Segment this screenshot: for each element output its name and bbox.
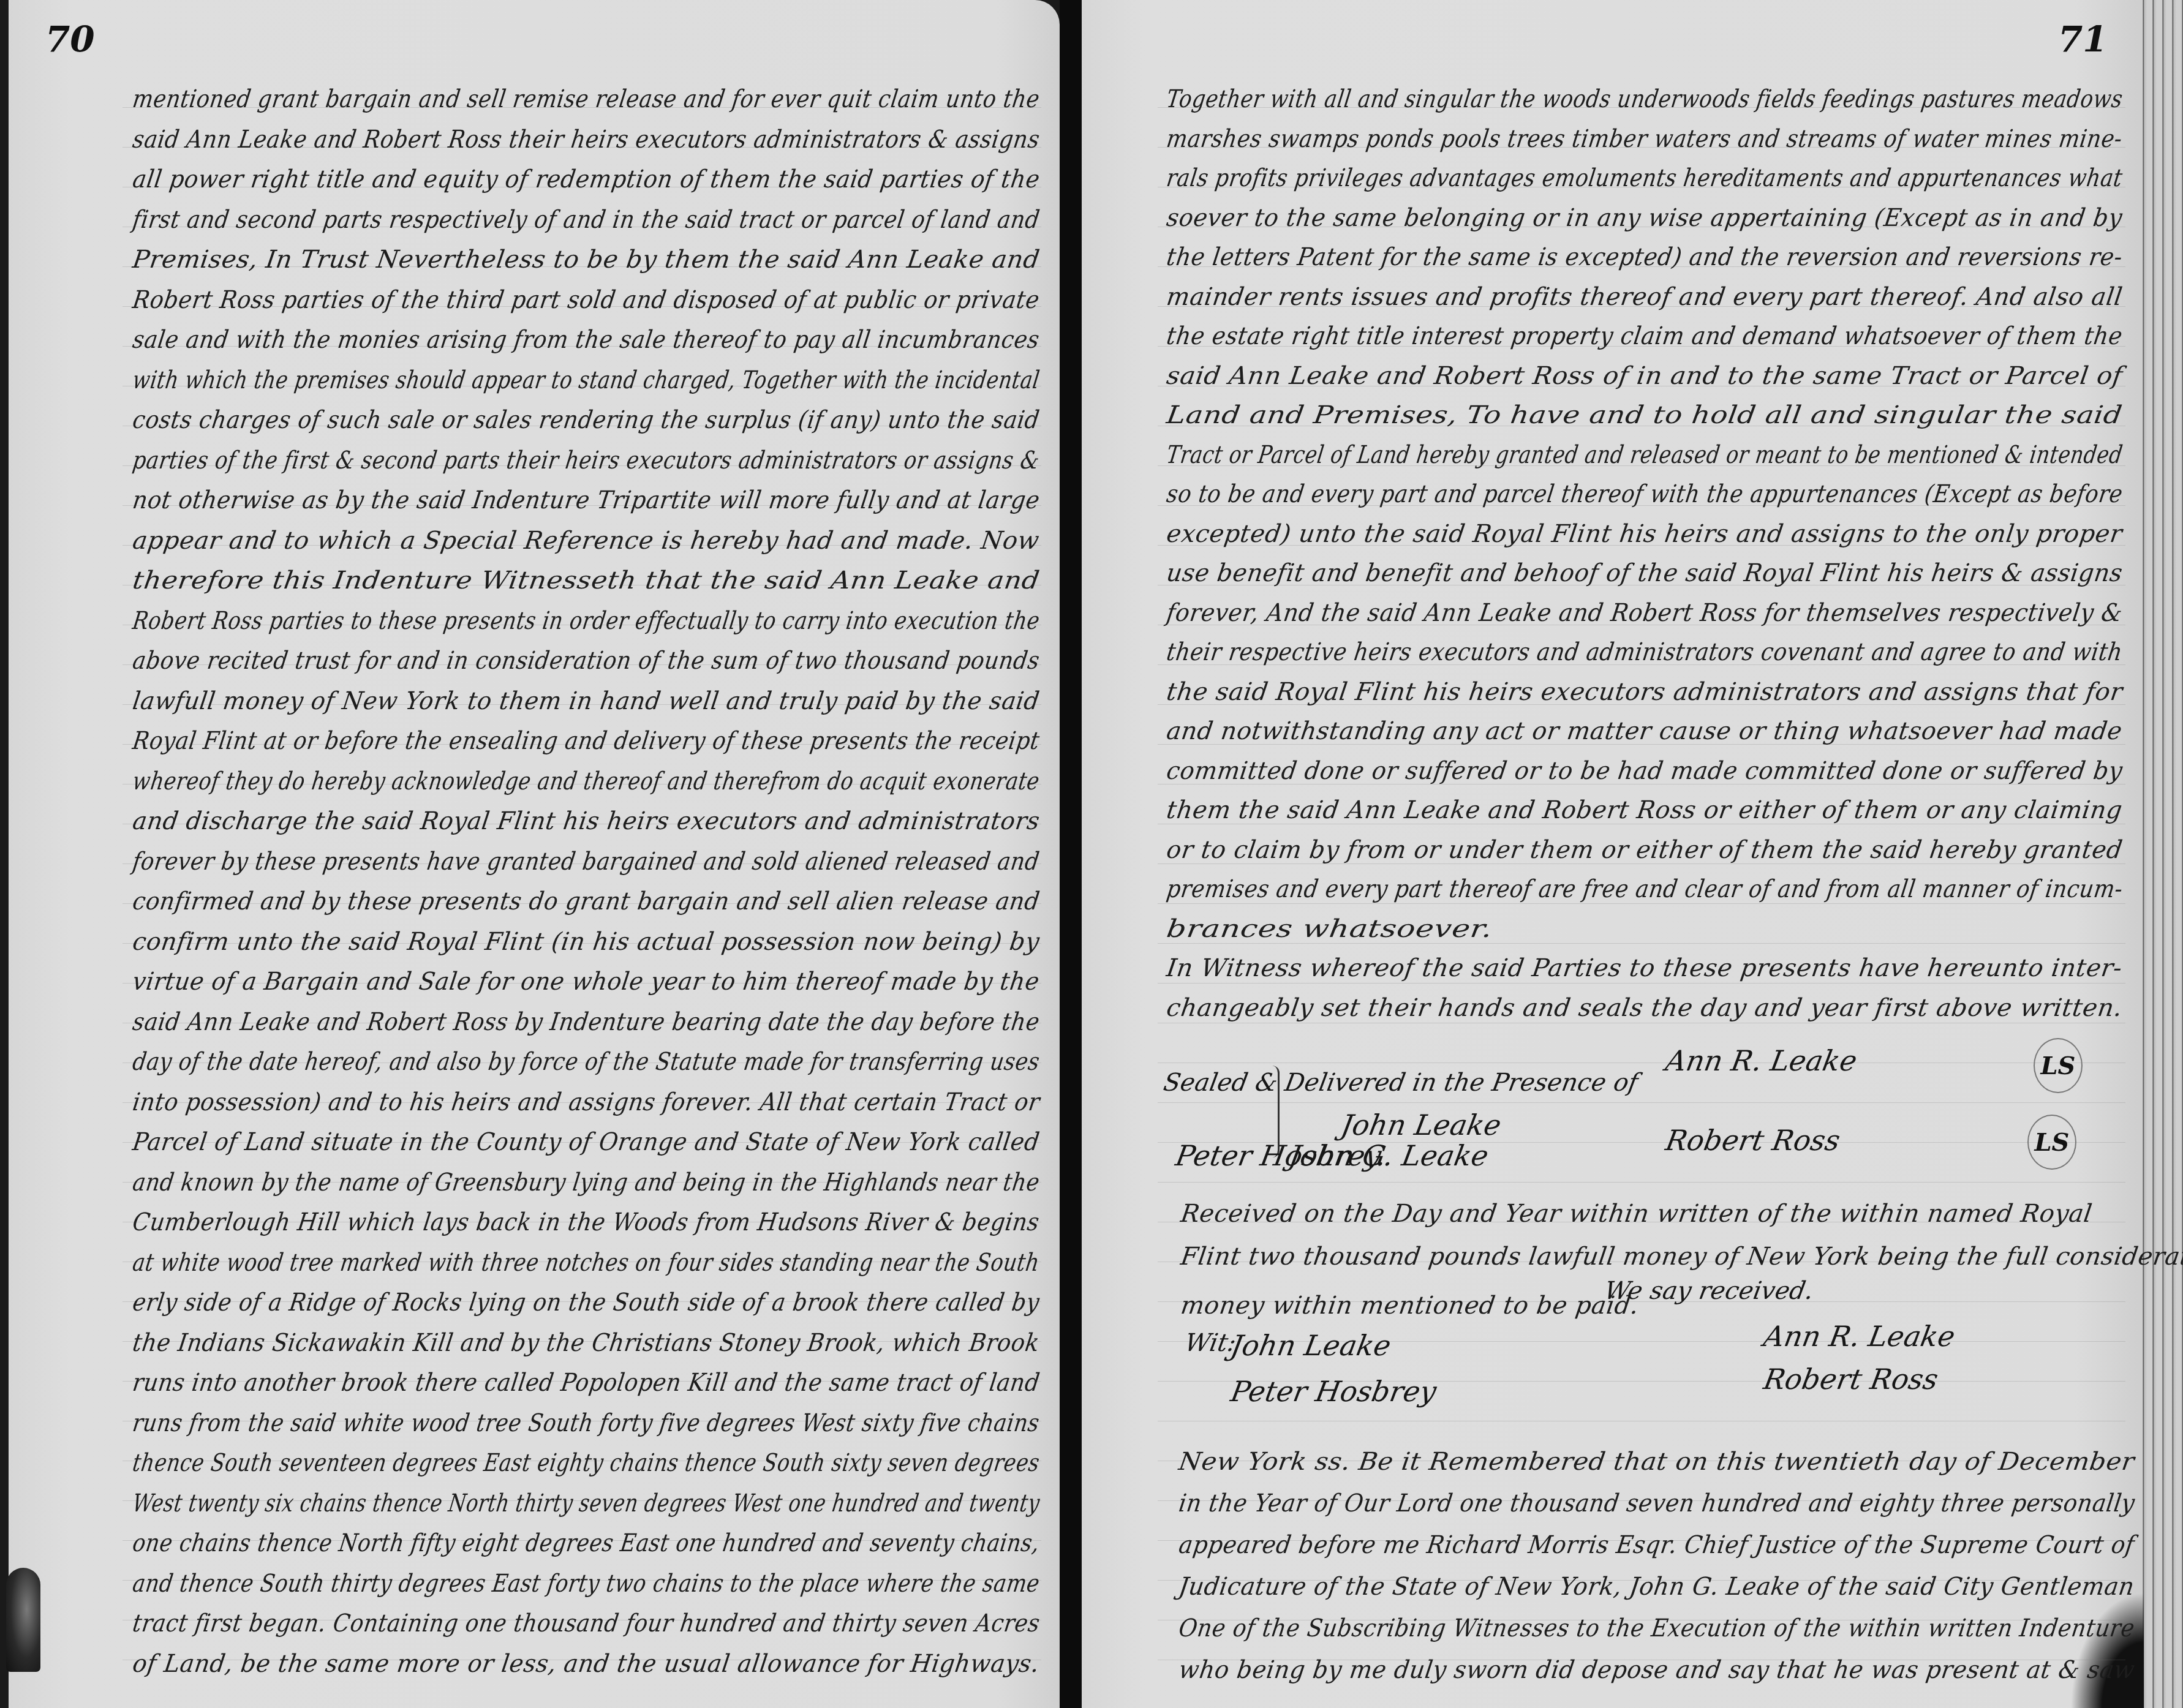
deed-text-line: Robert Ross parties of the third part so… <box>131 287 1041 314</box>
deed-text-line: Premises, In Trust Nevertheless to be by… <box>131 246 1041 273</box>
deed-text-line: Cumberlough Hill which lays back in the … <box>131 1209 1041 1236</box>
deed-text-line: the estate right title interest property… <box>1165 323 2124 350</box>
deed-text-line: thence South seventeen degrees East eigh… <box>131 1450 1041 1477</box>
thumb-shadow <box>6 1568 40 1672</box>
deed-text-line: all power right title and equity of rede… <box>131 166 1042 193</box>
deed-text-line: mentioned grant bargain and sell remise … <box>131 86 1041 113</box>
stacked-page-edges <box>2138 0 2183 1708</box>
deed-text-line: erly side of a Ridge of Rocks lying on t… <box>131 1289 1041 1316</box>
deed-text-line: mainder rents issues and profits thereof… <box>1165 284 2124 310</box>
deed-text-line: with which the premises should appear to… <box>131 367 1041 394</box>
deed-text-line: not otherwise as by the said Indenture T… <box>131 487 1042 514</box>
wax-seal-ls: LS <box>2034 1038 2083 1093</box>
deed-text-line: costs charges of such sale or sales rend… <box>131 407 1041 434</box>
deed-text-line: the letters Patent for the same is excep… <box>1165 244 2124 271</box>
deed-text-line: above recited trust for and in considera… <box>131 647 1041 674</box>
deed-text-line: use benefit and benefit and behoof of th… <box>1165 560 2124 587</box>
deed-text-line: runs into another brook there called Pop… <box>131 1369 1042 1396</box>
acknowledgment-line: appeared before me Richard Morris Esqr. … <box>1177 1532 2136 1559</box>
deed-text-line: committed done or suffered or to be had … <box>1165 758 2124 784</box>
acknowledgment-line: in the Year of Our Lord one thousand sev… <box>1177 1490 2136 1517</box>
grantor-signature: Robert Ross <box>1663 1124 1842 1157</box>
deed-text-line: forever, And the said Ann Leake and Robe… <box>1165 600 2124 626</box>
attestation-label: Sealed & Delivered in the Presence of <box>1161 1069 1640 1097</box>
receipt-witness: Peter Hosbrey <box>1228 1375 1439 1408</box>
ruled-line <box>1158 1023 2125 1023</box>
deed-text-line: marshes swamps ponds pools trees timber … <box>1165 126 2124 152</box>
deed-text-line: into possession) and to his heirs and as… <box>131 1089 1042 1116</box>
ruled-line <box>1158 1421 2125 1421</box>
deed-text-line: Robert Ross parties to these presents in… <box>131 608 1041 634</box>
deed-text-line: and notwithstanding any act or matter ca… <box>1165 718 2124 745</box>
acknowledgment-line: who being by me duly sworn did depose an… <box>1177 1657 2136 1684</box>
book-gutter <box>1060 0 1082 1708</box>
deed-text-line: the said Royal Flint his heirs executors… <box>1165 679 2124 705</box>
deed-text-line: first and second parts respectively of a… <box>131 206 1041 233</box>
folio-number-left: 70 <box>45 18 95 60</box>
deed-text-line: said Ann Leake and Robert Ross by Indent… <box>131 1009 1041 1036</box>
deed-text-line: said Ann Leake and Robert Ross their hei… <box>131 126 1041 153</box>
deed-text-line: at white wood tree marked with three not… <box>131 1249 1041 1276</box>
receipt-line: money within mentioned to be paid. <box>1179 1292 1641 1319</box>
deed-text-line: them the said Ann Leake and Robert Ross … <box>1165 797 2124 824</box>
deed-text-line: Tract or Parcel of Land hereby granted a… <box>1165 442 2124 468</box>
acknowledgment-line: New York ss. Be it Remembered that on th… <box>1177 1448 2136 1475</box>
deed-text-line: West twenty six chains thence North thir… <box>131 1490 1041 1517</box>
deed-text-line: runs from the said white wood tree South… <box>131 1410 1041 1437</box>
receipt-signature: Robert Ross <box>1761 1363 1940 1396</box>
ruled-line <box>1158 903 2125 904</box>
deed-text-line: In Witness whereof the said Parties to t… <box>1165 955 2124 982</box>
deed-text-line: excepted) unto the said Royal Flint his … <box>1165 521 2124 547</box>
deed-text-line: and discharge the said Royal Flint his h… <box>131 808 1041 835</box>
deed-text-line: of Land, be the same more or less, and t… <box>131 1650 1041 1677</box>
receipt-signature: Ann R. Leake <box>1761 1320 1958 1353</box>
deed-text-line: confirm unto the said Royal Flint (in hi… <box>131 928 1041 955</box>
ruled-line <box>1158 1063 2125 1063</box>
deed-text-line: or to claim by from or under them or eit… <box>1165 837 2124 863</box>
deed-text-line: whereof they do hereby acknowledge and t… <box>131 768 1041 795</box>
acknowledgment-line: Judicature of the State of New York, Joh… <box>1177 1573 2136 1600</box>
deed-text-line: Land and Premises, To have and to hold a… <box>1165 402 2124 429</box>
ruled-line <box>1158 983 2125 984</box>
receipt-line: Flint two thousand pounds lawfull money … <box>1179 1243 2183 1270</box>
deed-text-line: rals profits privileges advantages emolu… <box>1165 165 2124 192</box>
deed-text-line: brances whatsoever. <box>1165 916 1495 942</box>
deed-text-line: day of the date hereof, and also by forc… <box>131 1048 1041 1075</box>
deed-text-line: therefore this Indenture Witnesseth that… <box>131 567 1041 594</box>
wax-seal-ls: LS <box>2027 1115 2076 1170</box>
deed-text-line: soever to the same belonging or in any w… <box>1165 205 2124 231</box>
deed-text-line: changeably set their hands and seals the… <box>1165 995 2124 1021</box>
deed-text-line: lawfull money of New York to them in han… <box>131 688 1041 715</box>
acknowledgment-line: One of the Subscribing Witnesses to the … <box>1177 1615 2136 1642</box>
deed-text-line: one chains thence North fifty eight degr… <box>131 1530 1041 1557</box>
deed-text-line: confirmed and by these presents do grant… <box>131 888 1042 915</box>
ruled-line <box>1158 1102 2125 1103</box>
we-say-received: We say received. <box>1602 1277 1815 1305</box>
grantor-signature: Ann R. Leake <box>1663 1044 1860 1077</box>
deed-text-line: appear and to which a Special Reference … <box>131 527 1041 554</box>
deed-text-line: and thence South thirty degrees East for… <box>131 1570 1041 1597</box>
deed-text-line: and known by the name of Greensbury lyin… <box>131 1169 1041 1196</box>
folio-number-right: 71 <box>2058 18 2108 60</box>
deed-text-line: Parcel of Land situate in the County of … <box>131 1129 1041 1156</box>
deed-text-line: forever by these presents have granted b… <box>131 848 1041 875</box>
deed-text-line: premises and every part thereof are free… <box>1165 876 2125 903</box>
deed-text-line: tract first began. Containing one thousa… <box>131 1610 1042 1637</box>
ruled-line <box>1158 1182 2125 1183</box>
ruled-line <box>1158 943 2125 944</box>
deed-text-line: the Indians Sickawakin Kill and by the C… <box>131 1330 1041 1356</box>
witness-signature: John Leake <box>1338 1108 1504 1142</box>
deed-text-line: virtue of a Bargain and Sale for one who… <box>131 968 1041 995</box>
deed-text-line: so to be and every part and parcel there… <box>1165 481 2125 508</box>
deed-text-line: said Ann Leake and Robert Ross of in and… <box>1165 363 2124 389</box>
page-corner-shadow <box>2070 1592 2144 1708</box>
deed-text-line: their respective heirs executors and adm… <box>1165 639 2124 666</box>
deed-text-line: parties of the first & second parts thei… <box>131 447 1041 474</box>
deed-text-line: sale and with the monies arising from th… <box>131 326 1041 353</box>
witness-signature: John G. Leake <box>1286 1139 1491 1172</box>
deed-text-line: Royal Flint at or before the ensealing a… <box>131 728 1041 754</box>
deed-text-line: Together with all and singular the woods… <box>1165 86 2124 113</box>
receipt-witness: John Leake <box>1228 1329 1393 1362</box>
receipt-line: Received on the Day and Year within writ… <box>1179 1200 2094 1227</box>
